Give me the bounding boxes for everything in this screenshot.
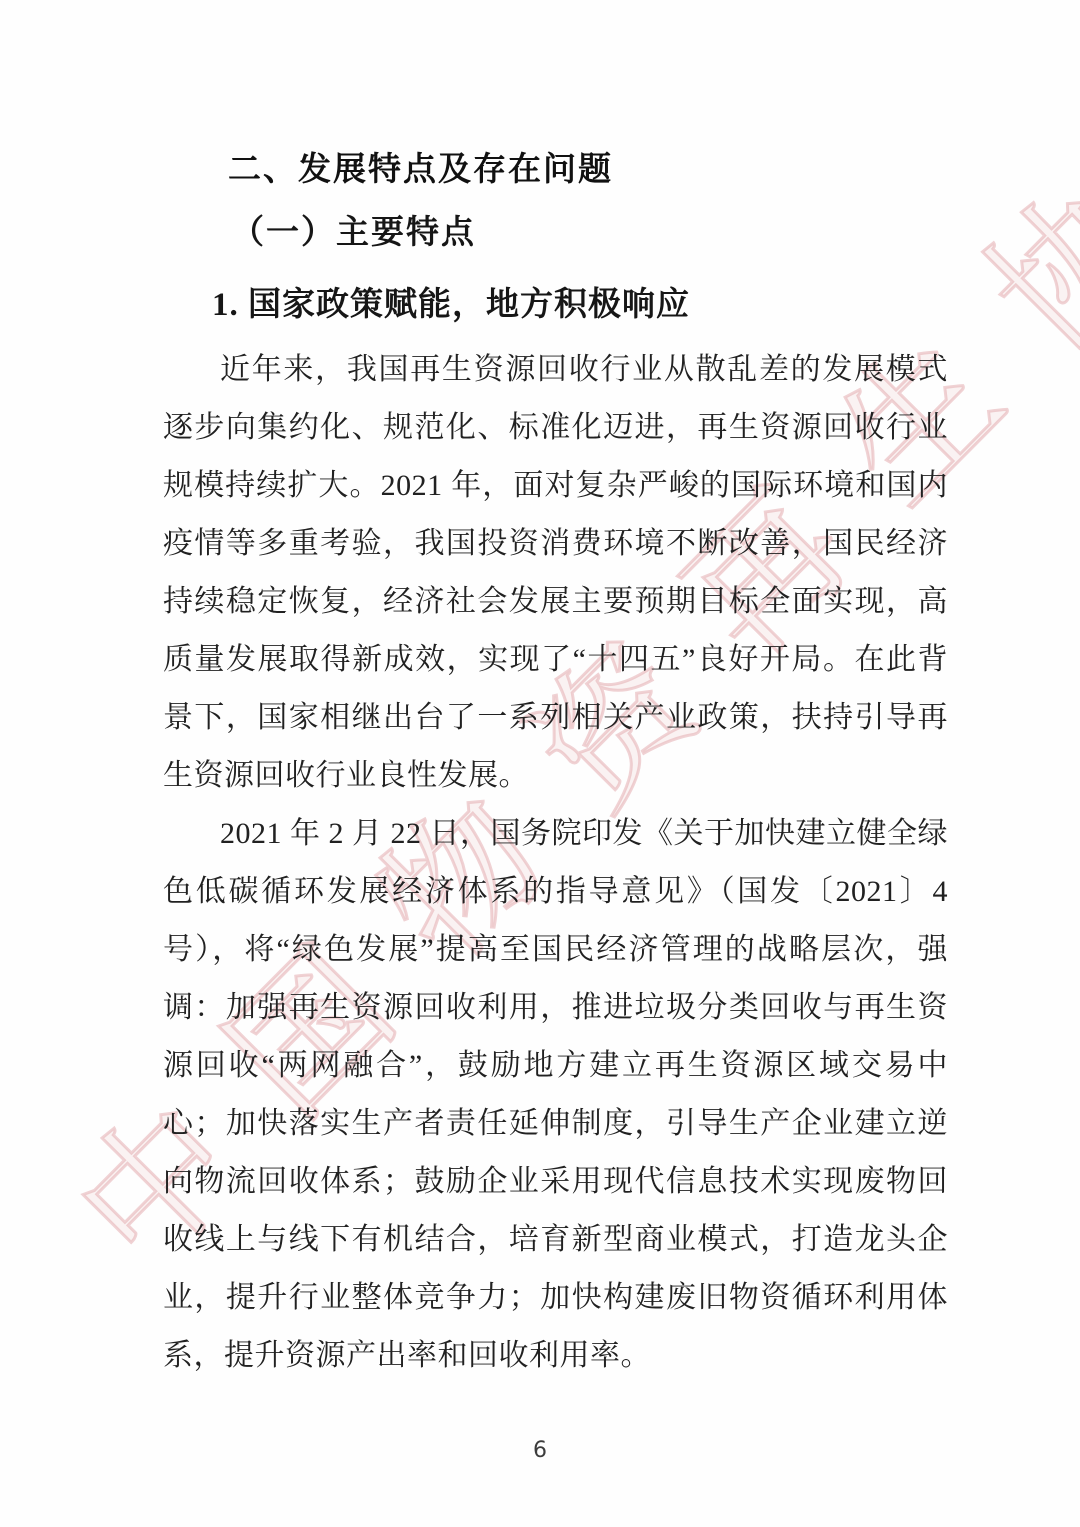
section-heading: 二、发展特点及存在问题 — [228, 150, 1080, 187]
document-page: 中国物资再生协会 二、发展特点及存在问题 （一）主要特点 1. 国家政策赋能，地… — [0, 0, 1080, 1527]
point-heading: 1. 国家政策赋能，地方积极响应 — [212, 287, 1080, 324]
page-number: 6 — [0, 1438, 1080, 1463]
page-content: 二、发展特点及存在问题 （一）主要特点 1. 国家政策赋能，地方积极响应 近年来… — [0, 150, 1080, 1385]
body-paragraph-2: 2021 年 2 月 22 日，国务院印发《关于加快建立健全绿色低碳循环发展经济… — [163, 805, 948, 1385]
body-paragraph-1: 近年来，我国再生资源回收行业从散乱差的发展模式逐步向集约化、规范化、标准化迈进，… — [163, 341, 948, 805]
subsection-heading: （一）主要特点 — [231, 215, 1080, 252]
